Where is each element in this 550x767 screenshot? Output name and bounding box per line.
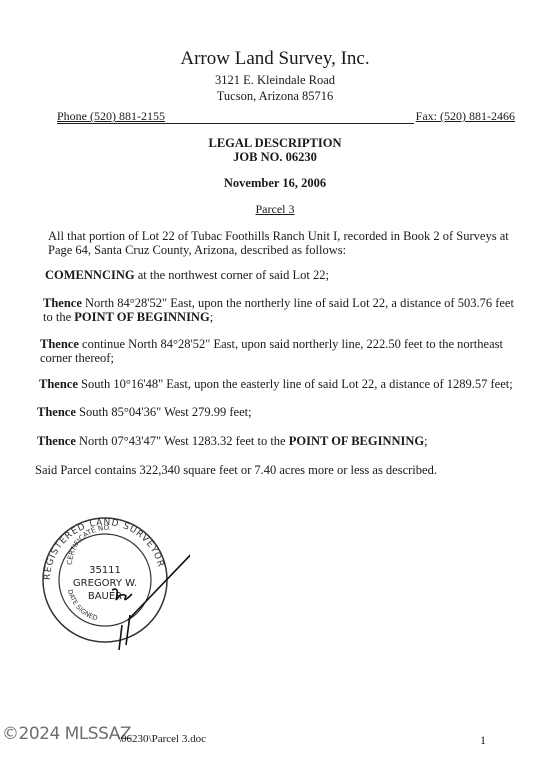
commencing-paragraph: COMENNCING at the northwest corner of sa… bbox=[45, 268, 525, 282]
watermark: ©2024 MLSSAZ bbox=[2, 724, 131, 744]
fax-number: Fax: (520) 881-2466 bbox=[414, 109, 515, 124]
job-number: JOB NO. 06230 bbox=[0, 150, 550, 165]
call-text: North 07°43'47" West 1283.32 feet to the bbox=[76, 434, 289, 448]
call-lead: Thence bbox=[37, 434, 76, 448]
address-line-2: Tucson, Arizona 85716 bbox=[0, 89, 550, 104]
page-number: 1 bbox=[480, 733, 486, 748]
call-paragraph: Thence North 07°43'47" West 1283.32 feet… bbox=[37, 434, 517, 448]
intro-paragraph: All that portion of Lot 22 of Tubac Foot… bbox=[48, 229, 528, 257]
contact-rule: Phone (520) 881-2155 Fax: (520) 881-2466 bbox=[57, 109, 487, 124]
seal-number: 35111 bbox=[89, 565, 121, 576]
document-date: November 16, 2006 bbox=[0, 176, 550, 191]
call-text: South 85°04'36" West 279.99 feet; bbox=[76, 405, 252, 419]
file-path: \06230\Parcel 3.doc bbox=[118, 733, 206, 745]
commencing-lead: COMENNCING bbox=[45, 268, 135, 282]
phone-number: Phone (520) 881-2155 bbox=[57, 109, 165, 124]
document-title: LEGAL DESCRIPTION bbox=[0, 136, 550, 151]
address-line-1: 3121 E. Kleindale Road bbox=[0, 73, 550, 88]
call-lead: Thence bbox=[40, 337, 79, 351]
seal-name-1: GREGORY W. bbox=[73, 578, 137, 589]
parcel-label: Parcel 3 bbox=[0, 202, 550, 217]
call-paragraph: Thence North 84°28'52" East, upon the no… bbox=[43, 296, 523, 324]
commencing-text: at the northwest corner of said Lot 22; bbox=[135, 268, 329, 282]
call-tail: POINT OF BEGINNING bbox=[289, 434, 424, 448]
call-text: continue North 84°28'52" East, upon said… bbox=[40, 337, 503, 365]
call-tail: POINT OF BEGINNING bbox=[74, 310, 209, 324]
call-text: South 10°16'48" East, upon the easterly … bbox=[78, 377, 513, 391]
surveyor-seal: REGISTERED LAND SURVEYOR CERTIFICATE NO.… bbox=[30, 505, 180, 655]
call-lead: Thence bbox=[39, 377, 78, 391]
call-paragraph: Thence South 10°16'48" East, upon the ea… bbox=[39, 377, 539, 391]
signature-stroke bbox=[112, 545, 190, 650]
call-lead: Thence bbox=[43, 296, 82, 310]
call-end: ; bbox=[210, 310, 213, 324]
call-paragraph: Thence South 85°04'36" West 279.99 feet; bbox=[37, 405, 517, 419]
call-end: ; bbox=[424, 434, 427, 448]
call-lead: Thence bbox=[37, 405, 76, 419]
area-summary: Said Parcel contains 322,340 square feet… bbox=[35, 463, 535, 477]
company-name: Arrow Land Survey, Inc. bbox=[0, 48, 550, 70]
call-paragraph: Thence continue North 84°28'52" East, up… bbox=[40, 337, 520, 365]
